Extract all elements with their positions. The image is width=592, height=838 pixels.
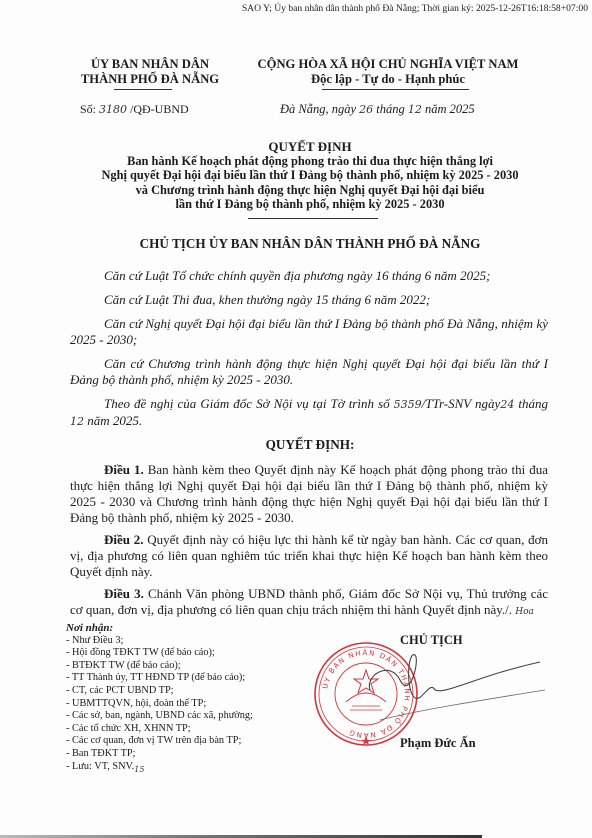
handwritten-number: 3180 <box>99 103 127 116</box>
recipient-item: - Hội đồng TĐKT TW (để báo cáo); <box>66 647 253 660</box>
legal-basis-1: Căn cứ Luật Tổ chức chính quyền địa phươ… <box>70 268 548 284</box>
issuer-header: ỦY BAN NHÂN DÂN THÀNH PHỐ ĐÀ NẴNG <box>70 57 230 87</box>
recipient-item: - Ban TĐKT TP; <box>66 748 253 761</box>
issuer-line1: ỦY BAN NHÂN DÂN <box>70 57 230 72</box>
issuer-underline <box>114 89 172 90</box>
handwritten-day: 26 <box>359 103 373 116</box>
recipient-item: - CT, các PCT UBND TP; <box>66 685 253 698</box>
document-title: QUYẾT ĐỊNH <box>70 139 550 155</box>
document-subtitle: Ban hành Kế hoạch phát động phong trào t… <box>70 154 550 212</box>
legal-basis-4: Căn cứ Chương trình hành động thực hiện … <box>70 356 548 388</box>
recipient-item: - Các cơ quan, đơn vị TW trên địa bàn TP… <box>66 735 253 748</box>
document-date: Đà Nẵng, ngày 26 tháng 12 năm 2025 <box>280 102 475 117</box>
recipient-item: - UBMTTQVN, hội, đoàn thể TP; <box>66 698 253 711</box>
recipient-item: - Như Điều 3; <box>66 635 253 648</box>
motto-underline <box>322 89 469 90</box>
recipient-item: - Các sở, ban, ngành, UBND các xã, phườn… <box>66 710 253 723</box>
handwritten-month: 12 <box>408 103 422 116</box>
nation-name: CỘNG HÒA XÃ HỘI CHỦ NGHĨA VIỆT NAM <box>238 57 538 72</box>
subtitle-underline <box>248 218 378 219</box>
nation-motto: Độc lập - Tự do - Hạnh phúc <box>238 72 538 87</box>
article-1: Điều 1. Ban hành kèm theo Quyết định này… <box>70 462 548 526</box>
signer-title: CHỦ TỊCH <box>400 633 463 648</box>
signature-icon <box>360 650 550 730</box>
recipients-list: Nơi nhận: - Như Điều 3; - Hội đồng TĐKT … <box>66 622 253 776</box>
article-3: Điều 3. Chánh Văn phòng UBND thành phố, … <box>70 586 548 620</box>
digital-signature-stamp: SAO Y; Ủy ban nhân dân thành phố Đà Nẵng… <box>242 3 588 14</box>
issuer-line2: THÀNH PHỐ ĐÀ NẴNG <box>70 72 230 87</box>
decision-heading: QUYẾT ĐỊNH: <box>70 437 550 453</box>
legal-basis-2: Căn cứ Luật Thi đua, khen thưởng ngày 15… <box>70 292 548 308</box>
recipient-item: - Lưu: VT, SNV.15 <box>66 761 253 777</box>
signer-name: Phạm Đức Ấn <box>400 736 476 751</box>
article-2: Điều 2. Quyết định này có hiệu lực thi h… <box>70 532 548 580</box>
recipient-item: - TT Thành ủy, TT HĐND TP (để báo cáo); <box>66 672 253 685</box>
recipients-heading: Nơi nhận: <box>66 622 253 635</box>
document-number: Số: 3180 /QĐ-UBND <box>80 102 189 117</box>
proposal-basis: Theo đề nghị của Giám đốc Sở Nội vụ tại … <box>70 396 548 430</box>
authority-heading: CHỦ TỊCH ỦY BAN NHÂN DÂN THÀNH PHỐ ĐÀ NẴ… <box>70 236 550 252</box>
recipient-item: - BTĐKT TW (để báo cáo); <box>66 660 253 673</box>
recipient-item: - Các tổ chức XH, XHNN TP; <box>66 723 253 736</box>
national-header: CỘNG HÒA XÃ HỘI CHỦ NGHĨA VIỆT NAM Độc l… <box>238 57 538 87</box>
legal-basis-3: Căn cứ Nghị quyết Đại hội đại biểu lần t… <box>70 316 548 348</box>
handwritten-initials: Hoa <box>515 607 534 617</box>
